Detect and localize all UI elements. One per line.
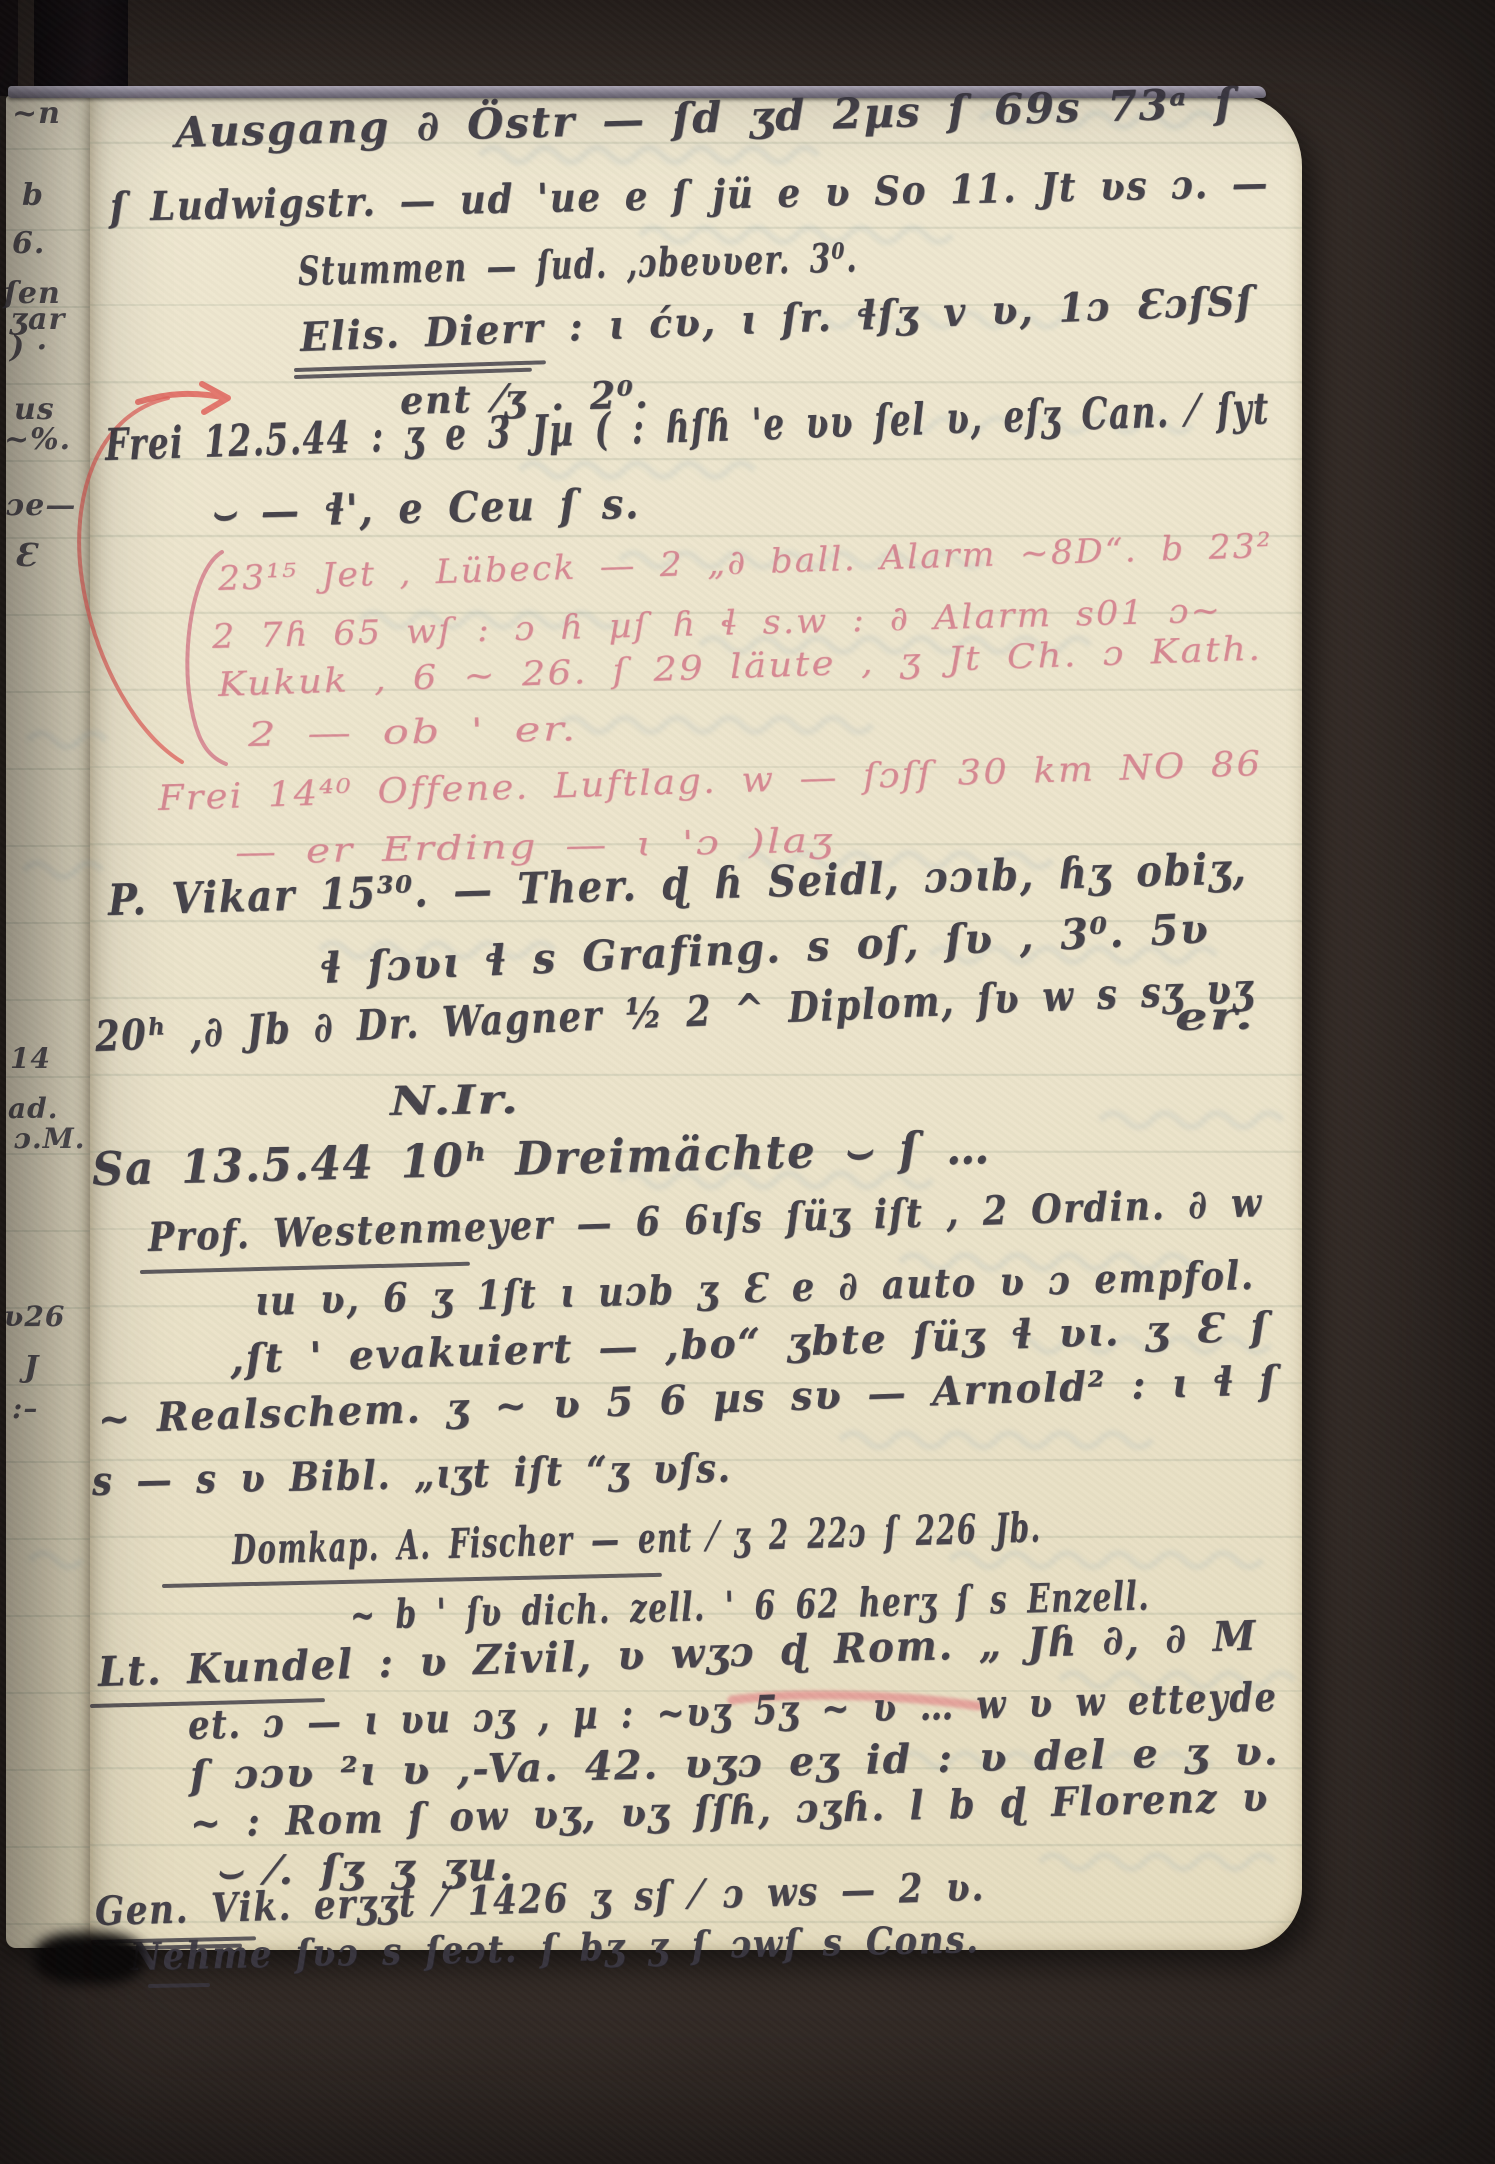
margin-fragment: ad. bbox=[8, 1092, 58, 1125]
handwriting-line: 2 — ob ' er. bbox=[248, 712, 578, 752]
handwriting-line: Ausgang ∂ Östr — ſd ʒd 2µs ſ 69s 73ᵃ ſ bbox=[174, 82, 1235, 154]
margin-fragment: ~%. bbox=[4, 422, 71, 457]
margin-fragment: ~n bbox=[12, 96, 61, 131]
handwriting-line: Frei 14⁴⁰ Offene. Luftlag. w — ſɔſſ 30 k… bbox=[157, 747, 1262, 817]
diary-photo: Ausgang ∂ Östr — ſd ʒd 2µs ſ 69s 73ᵃ ſſ … bbox=[0, 0, 1495, 2164]
handwriting-line: Frei 12.5.44 : ʒ e 3 Jµ ( : ɦſɦ 'e ʋʋ ſe… bbox=[104, 387, 1270, 468]
handwriting-line: Stummen — ſud. ,ɔbeʋʋer. 3⁰. bbox=[298, 238, 859, 292]
handwriting-line: s — s ʋ Bibl. „ɩʒt iſt “ʒ ʋſs. bbox=[92, 1449, 732, 1502]
margin-fragment: ʋ26 bbox=[4, 1300, 65, 1333]
handwriting-line: 23¹⁵ Jet , Lübeck — 2 „∂ ball. Alarm ~8D… bbox=[217, 529, 1273, 596]
margin-fragment: :– bbox=[12, 1392, 38, 1425]
margin-fragment: 6. bbox=[12, 226, 45, 261]
handwriting-line: Sa 13.5.44 10ʰ Dreimächte ⌣ ſ … bbox=[91, 1124, 991, 1192]
margin-fragment: J bbox=[24, 1350, 39, 1385]
margin-fragment: ɔ.M. bbox=[14, 1122, 86, 1155]
ink-underline bbox=[140, 1262, 470, 1274]
handwriting-line: ⌣ — ɬ', e Ceu ſ s. bbox=[210, 483, 641, 534]
handwriting-line: N.Ir. bbox=[390, 1080, 521, 1122]
margin-fragment: ) · bbox=[10, 330, 48, 365]
handwriting-line: Prof. Westenmeyer — 6 6ɩſs ſüʒ iſt , 2 O… bbox=[147, 1183, 1263, 1258]
handwriting-line: Elis. Dierr : ɩ ćʋ, ɩ ſr. ɬſʒ v ʋ, 1ɔ Ɛɔ… bbox=[299, 281, 1255, 358]
margin-fragment: 14 bbox=[10, 1042, 51, 1075]
handwriting-line: 20ʰ ,∂ Jb ∂ Dr. Wagner ½ 2 ^ Diplom, ſʋ … bbox=[94, 967, 1255, 1058]
margin-fragment: ɔe— bbox=[6, 488, 76, 523]
handwriting-line: ſ Ludwigstr. — ud 'ue e ſ jü e ʋ So 11. … bbox=[110, 164, 1270, 228]
ink-underline bbox=[148, 1983, 210, 1988]
handwriting-line: Domkap. A. Fischer — ent ⁄ ʒ 2 22ɔ ſ 226… bbox=[231, 1507, 1041, 1571]
handwriting-layer: Ausgang ∂ Östr — ſd ʒd 2µs ſ 69s 73ᵃ ſſ … bbox=[0, 0, 1495, 2164]
page-shadow bbox=[34, 1932, 144, 1984]
margin-fragment: Ɛ bbox=[14, 536, 38, 574]
margin-fragment: b bbox=[22, 178, 44, 213]
